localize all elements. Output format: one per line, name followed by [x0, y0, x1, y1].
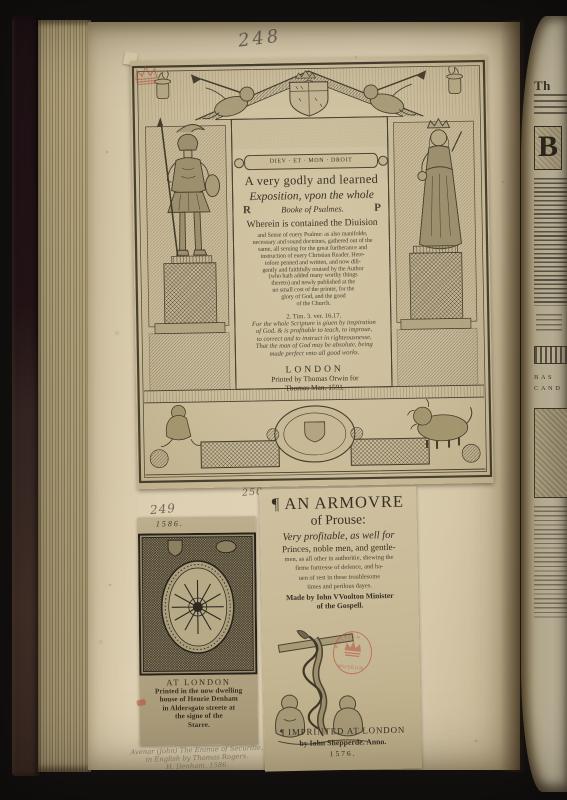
subtitle-heading: Wherein is contained the Diuision — [237, 217, 387, 231]
folio-number-248: 248 — [237, 25, 283, 51]
text-block-fore-edge — [38, 20, 91, 772]
psalmes-title-page: DIEV · ET · MON · DROIT A very godly and… — [130, 55, 493, 489]
armovre-roman-line: Princes, noble men, and gentle- — [260, 541, 417, 554]
denham-imprint: AT LONDON Printed in the now dwelling ho… — [139, 676, 258, 729]
title-line-roman: A very godly and learned — [236, 172, 386, 190]
body-line: times and perilous dayes. — [261, 581, 418, 592]
motto-banner: DIEV · ET · MON · DROIT — [244, 153, 378, 170]
denham-device-clipping: 1586. AT LONDON — [138, 516, 258, 745]
folio-number-249: 249 — [149, 501, 176, 517]
british-museum-stamp-icon: BRITISH MUSEUM — [328, 628, 376, 678]
initial-letter: B — [538, 130, 558, 163]
italic-colophon-lines — [534, 506, 567, 618]
album-page-verso: 248 249 250 — [88, 22, 520, 770]
italic-text-lines — [536, 314, 562, 334]
ornament-band-icon — [534, 346, 567, 364]
subtitle-body: and Sense of euery Psalme: as also manif… — [237, 231, 388, 310]
faint-red-crown-stamp-icon — [129, 60, 161, 89]
author-line: of the Gospell. — [261, 600, 418, 612]
book-spine-edge — [12, 16, 40, 776]
armovre-body: men, as all other in authoritie, shewing… — [260, 553, 418, 591]
pencil-catalogue-note: Avenar (John) The Enimie of Securitie, i… — [102, 743, 293, 774]
caps-fragment: BAS — [534, 374, 567, 381]
armovre-imprint-line: ¶ IMPRINTED AT LONDON — [264, 724, 421, 737]
heading-text-lines — [534, 94, 567, 118]
putto-bottom-icon — [160, 405, 201, 447]
scripture-quote: For the whole Scripture is giuen by insp… — [239, 319, 390, 359]
strapwork-cartouche-icon — [266, 405, 363, 463]
armovre-title-clipping: ¶ AN ARMOVRE of Prouse: Very profitable,… — [259, 486, 422, 771]
woodcut-fragment — [534, 408, 567, 498]
year-inscription: 1586. — [156, 519, 184, 528]
blackletter-heading-fragment: Th — [534, 78, 551, 94]
decorated-initial: B — [534, 126, 562, 170]
margin-letter-r: R — [243, 204, 251, 216]
star-device-woodcut — [138, 532, 257, 675]
photo-stage: 248 249 250 — [0, 0, 567, 800]
title-small-row: R Booke of Psalmes. P — [237, 202, 387, 217]
margin-letter-p: P — [374, 202, 381, 214]
title-text-block: A very godly and learned Exposition, vpo… — [236, 172, 390, 395]
facing-page-sliver: Th B BAS CAND — [521, 16, 567, 792]
caps-fragment: CAND — [534, 385, 567, 392]
body-text-lines — [534, 178, 567, 306]
imprint-line: Starre. — [140, 720, 258, 730]
facing-page-clipped-column: Th B BAS CAND — [534, 38, 567, 648]
title-line-small: Booke of Psalmes. — [281, 203, 344, 214]
body-line: of the Church. — [239, 300, 389, 310]
